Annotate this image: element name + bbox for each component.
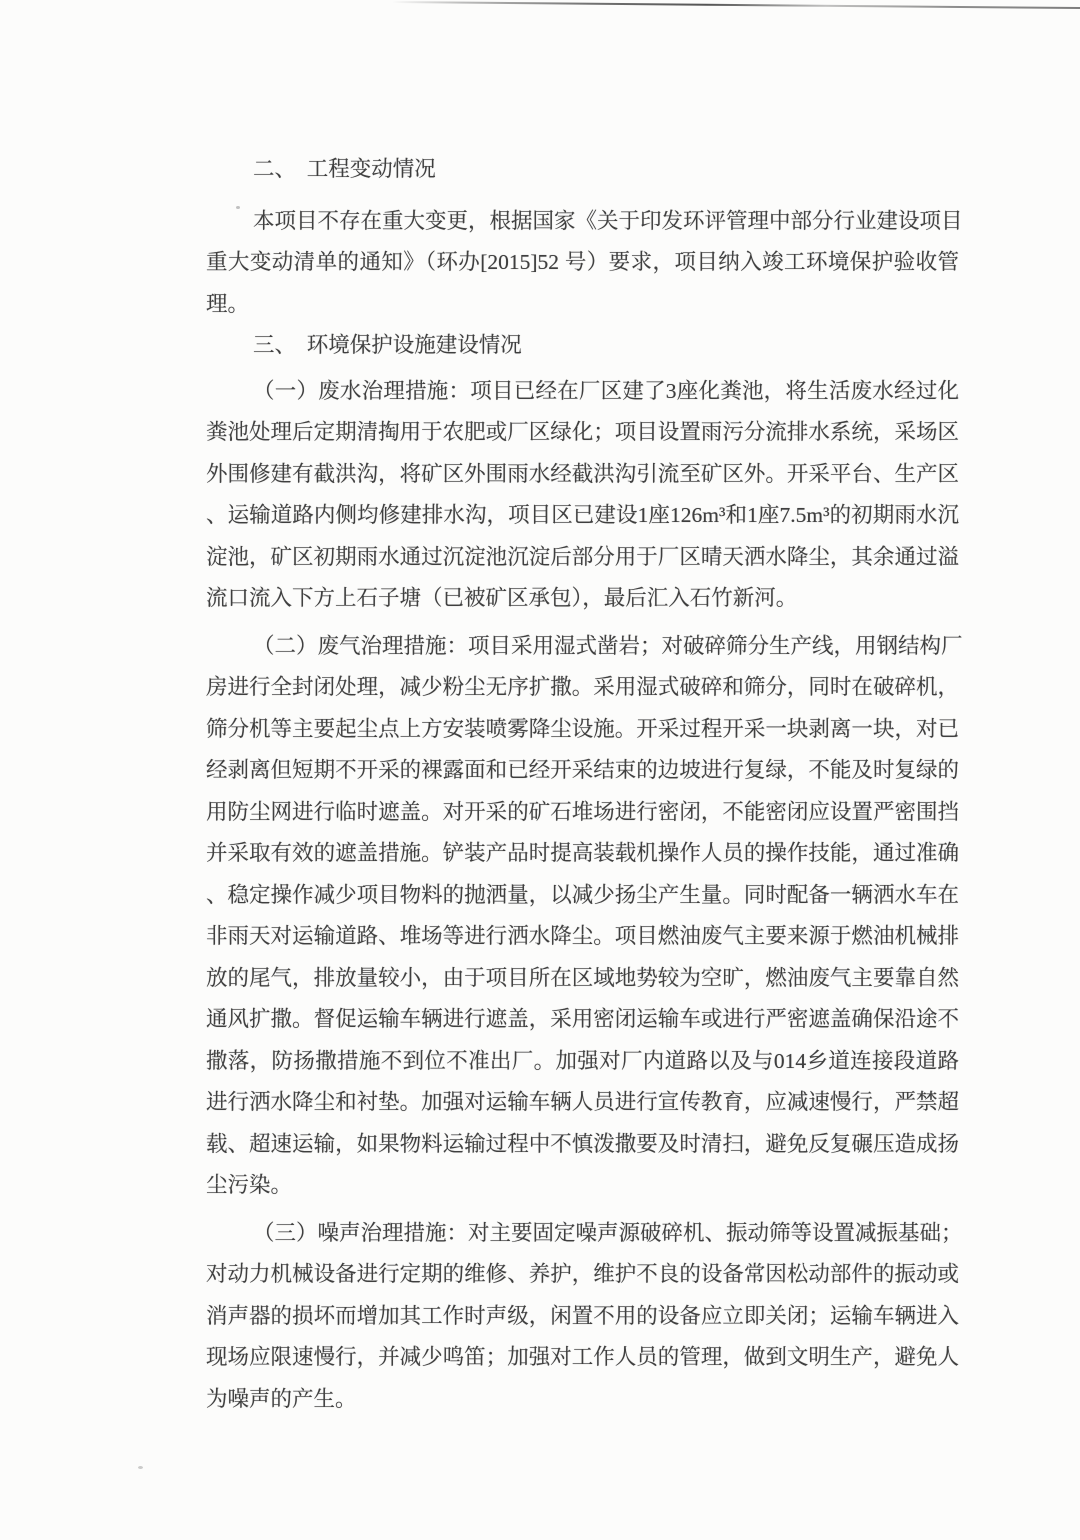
paragraph-project-changes: 本项目不存在重大变更，根据国家《关于印发环评管理中部分行业建设项目重大变动清单的…: [206, 201, 959, 326]
text-line: 载、超速运输，如果物料运输过程中不慎泼撒要及时清扫，避免反复碾压造成扬: [206, 1124, 959, 1166]
text-line: 理。: [206, 284, 959, 326]
text-line: 通风扩撒。督促运输车辆进行遮盖，采用密闭运输车或进行严密遮盖确保沿途不: [206, 999, 959, 1041]
text-line: 尘污染。: [206, 1165, 959, 1207]
text-line: 流口流入下方上石子塘（已被矿区承包），最后汇入石竹新河。: [206, 578, 959, 620]
text-line: （三）噪声治理措施：对主要固定噪声源破碎机、振动筛等设置减振基础；: [206, 1213, 959, 1255]
text-line: 用防尘网进行临时遮盖。对开采的矿石堆场进行密闭，不能密闭应设置严密围挡: [206, 792, 959, 834]
text-line: （一）废水治理措施：项目已经在厂区建了3座化粪池，将生活废水经过化: [206, 371, 959, 413]
text-line: 为噪声的产生。: [206, 1379, 959, 1421]
heading-section-3: 三、 环境保护设施建设情况: [206, 325, 959, 367]
text-line: 、稳定操作减少项目物料的抛洒量，以减少扬尘产生量。同时配备一辆洒水车在: [206, 875, 959, 917]
text-line: 粪池处理后定期清掏用于农肥或厂区绿化；项目设置雨污分流排水系统，采场区: [206, 412, 959, 454]
text-line: 对动力机械设备进行定期的维修、养护，维护不良的设备常因松动部件的振动或: [206, 1254, 959, 1296]
document-body: 二、 工程变动情况本项目不存在重大变更，根据国家《关于印发环评管理中部分行业建设…: [206, 149, 959, 1420]
heading-section-2: 二、 工程变动情况: [206, 149, 959, 191]
text-line: 经剥离但短期不开采的裸露面和已经开采结束的边坡进行复绿，不能及时复绿的: [206, 750, 959, 792]
text-line: 撒落，防扬撒措施不到位不准出厂。加强对厂内道路以及与014乡道连接段道路: [206, 1041, 959, 1083]
text-line: 重大变动清单的通知》（环办[2015]52 号）要求，项目纳入竣工环境保护验收管: [206, 242, 959, 284]
text-line: （二）废气治理措施：项目采用湿式凿岩；对破碎筛分生产线，用钢结构厂: [206, 626, 959, 668]
text-line: 三、 环境保护设施建设情况: [206, 325, 959, 367]
scan-artifact-speck: [138, 1466, 143, 1469]
text-line: 进行洒水降尘和衬垫。加强对运输车辆人员进行宣传教育，应减速慢行，严禁超: [206, 1082, 959, 1124]
text-line: 淀池，矿区初期雨水通过沉淀池沉淀后部分用于厂区晴天洒水降尘，其余通过溢: [206, 537, 959, 579]
scan-artifact-top-edge-line: [392, 1, 1080, 9]
paragraph-wastewater-measures: （一）废水治理措施：项目已经在厂区建了3座化粪池，将生活废水经过化粪池处理后定期…: [206, 371, 959, 620]
text-line: 消声器的损坏而增加其工作时声级，闲置不用的设备应立即关闭；运输车辆进入: [206, 1296, 959, 1338]
text-line: 本项目不存在重大变更，根据国家《关于印发环评管理中部分行业建设项目: [206, 201, 959, 243]
text-line: 外围修建有截洪沟，将矿区外围雨水经截洪沟引流至矿区外。开采平台、生产区: [206, 454, 959, 496]
scanned-document-page: 二、 工程变动情况本项目不存在重大变更，根据国家《关于印发环评管理中部分行业建设…: [0, 0, 1080, 1540]
paragraph-waste-gas-measures: （二）废气治理措施：项目采用湿式凿岩；对破碎筛分生产线，用钢结构厂房进行全封闭处…: [206, 626, 959, 1207]
paragraph-noise-measures: （三）噪声治理措施：对主要固定噪声源破碎机、振动筛等设置减振基础；对动力机械设备…: [206, 1213, 959, 1421]
text-line: 、运输道路内侧均修建排水沟，项目区已建设1座126m³和1座7.5m³的初期雨水…: [206, 495, 959, 537]
text-line: 并采取有效的遮盖措施。铲装产品时提高装载机操作人员的操作技能，通过准确: [206, 833, 959, 875]
text-line: 放的尾气，排放量较小，由于项目所在区域地势较为空旷，燃油废气主要靠自然: [206, 958, 959, 1000]
text-line: 筛分机等主要起尘点上方安装喷雾降尘设施。开采过程开采一块剥离一块，对已: [206, 709, 959, 751]
text-line: 非雨天对运输道路、堆场等进行洒水降尘。项目燃油废气主要来源于燃油机械排: [206, 916, 959, 958]
text-line: 房进行全封闭处理，减少粉尘无序扩撒。采用湿式破碎和筛分，同时在破碎机，: [206, 667, 959, 709]
text-line: 二、 工程变动情况: [206, 149, 959, 191]
text-line: 现场应限速慢行，并减少鸣笛；加强对工作人员的管理，做到文明生产，避免人: [206, 1337, 959, 1379]
